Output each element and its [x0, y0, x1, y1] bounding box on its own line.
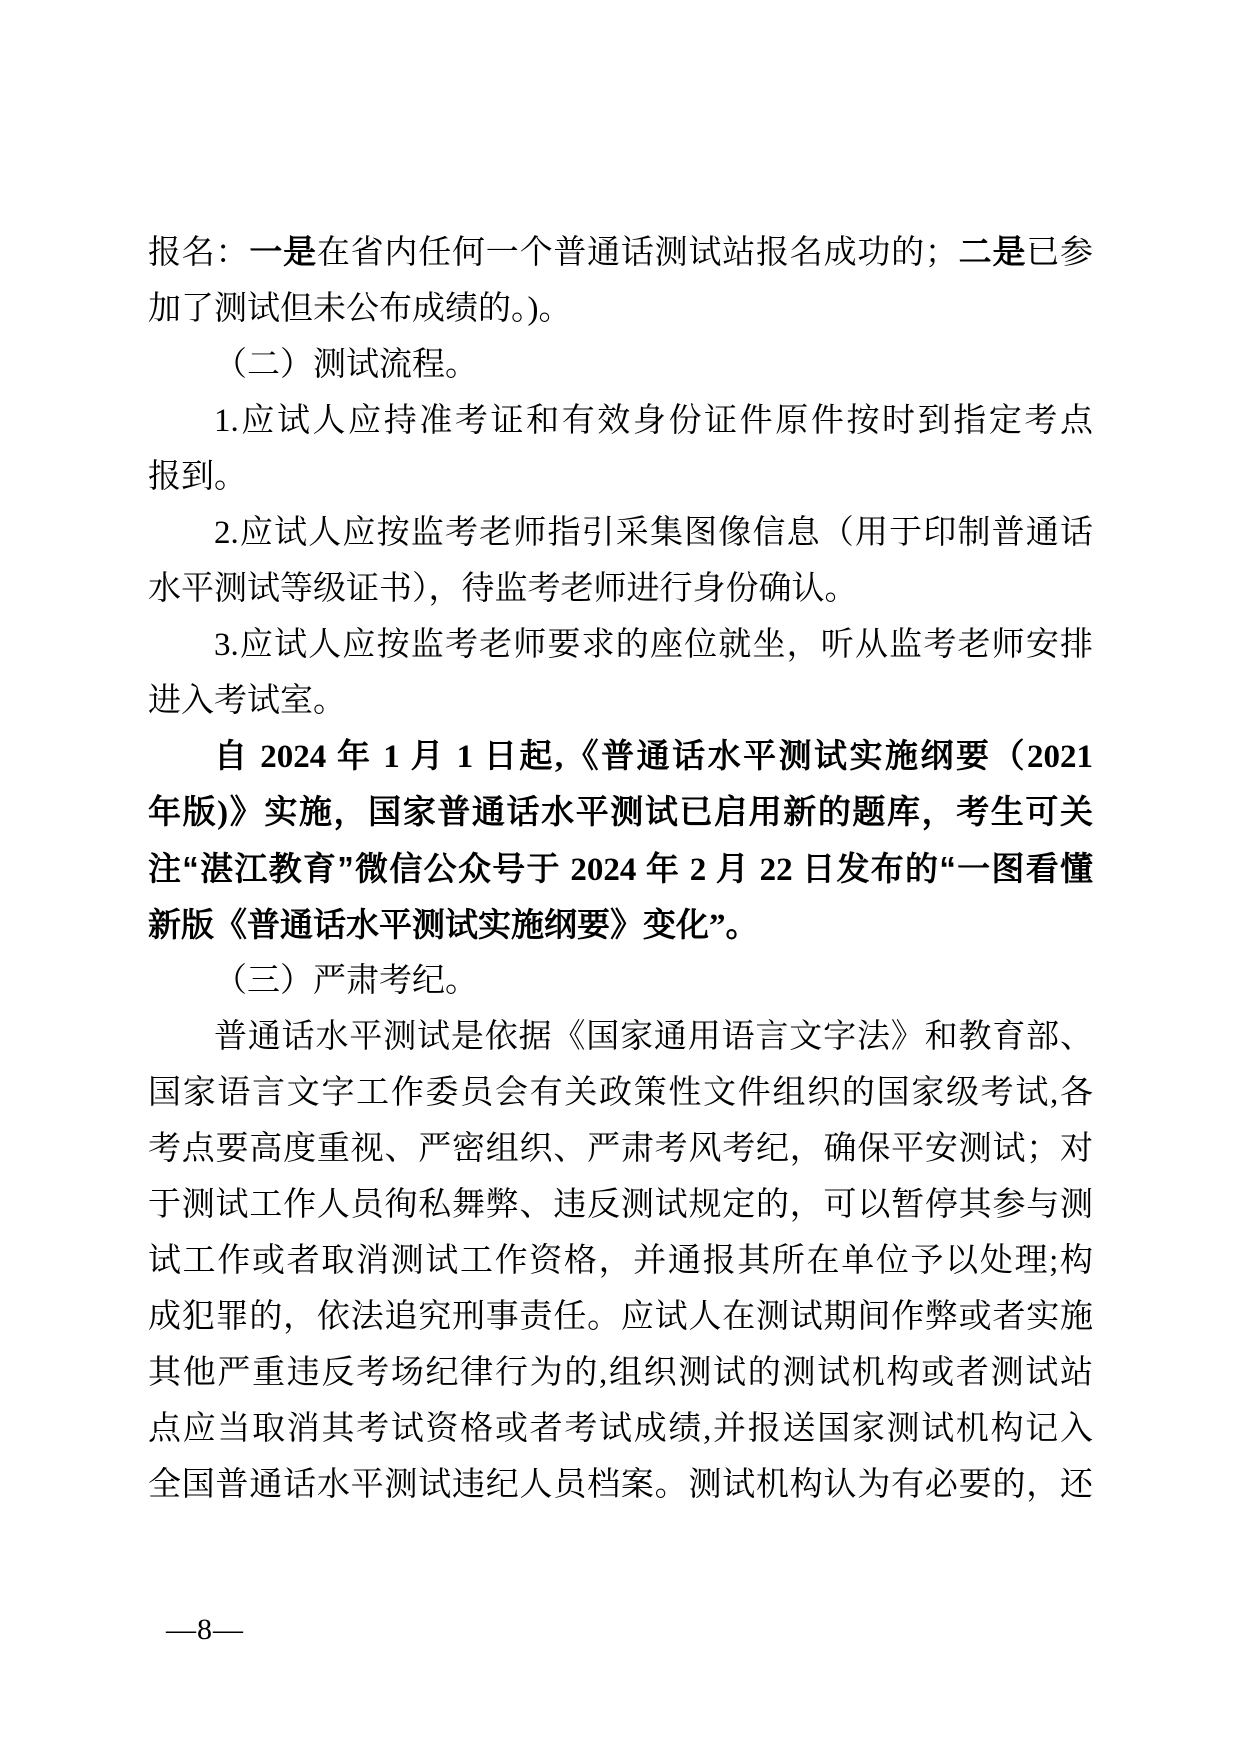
text-line: 1.应试人应持准考证和有效身份证件原件按时到指定考点	[148, 393, 1093, 449]
text-line: 加了测试但未公布成绩的。)。	[148, 281, 1093, 337]
text-run: 报名：	[148, 235, 249, 271]
text-run: 点应当取消其考试资格或者考试成绩,并报送国家测试机构记入	[148, 1411, 1093, 1447]
text-run: 3.应试人应按监考老师要求的座位就坐，听从监考老师安排	[214, 627, 1093, 663]
text-run: （二）测试流程。	[214, 347, 478, 383]
text-run: 试工作或者取消测试工作资格，并通报其所在单位予以处理;构	[148, 1243, 1093, 1279]
text-run: 一是	[249, 235, 317, 271]
text-run: “湛江教育”	[182, 850, 353, 887]
text-run: 二是	[958, 235, 1026, 271]
text-line: 考点要高度重视、严密组织、严肃考风考纪，确保平安测试；对	[148, 1121, 1093, 1177]
text-run: 报到。	[148, 459, 247, 495]
text-line: 试工作或者取消测试工作资格，并通报其所在单位予以处理;构	[148, 1233, 1093, 1289]
text-line: 新版《普通话水平测试实施纲要》变化”。	[148, 897, 1093, 953]
page-number: —8—	[166, 1612, 244, 1648]
text-run: 加了测试但未公布成绩的。)。	[148, 291, 572, 327]
text-run: 自 2024 年 1 月 1 日起,《普通话水平测试实施纲要（2021	[214, 739, 1093, 775]
text-line: （三）严肃考纪。	[148, 953, 1093, 1009]
text-line: （二）测试流程。	[148, 337, 1093, 393]
text-run: ”。	[709, 908, 759, 944]
text-run: 普通话水平测试是依据《国家通用语言文字法》和教育部、	[214, 1019, 1093, 1055]
text-run: 在省内任何一个普通话测试站报名成功的；	[317, 235, 958, 271]
text-run: 新版《普通话水平测试实施纲要》变化	[148, 906, 709, 943]
text-run: 1.应试人应持准考证和有效身份证件原件按时到指定考点	[214, 403, 1093, 439]
text-run: “一图看懂	[939, 850, 1093, 887]
document-body: 报名：一是在省内任何一个普通话测试站报名成功的；二是已参加了测试但未公布成绩的。…	[148, 225, 1093, 1513]
text-run: 微信公众号于 2024 年 2 月 22 日发布的	[354, 852, 940, 888]
text-line: 点应当取消其考试资格或者考试成绩,并报送国家测试机构记入	[148, 1401, 1093, 1457]
text-line: 其他严重违反考场纪律行为的,组织测试的测试机构或者测试站	[148, 1345, 1093, 1401]
text-line: 报到。	[148, 449, 1093, 505]
document-page: 报名：一是在省内任何一个普通话测试站报名成功的；二是已参加了测试但未公布成绩的。…	[0, 0, 1240, 1754]
text-run: 全国普通话水平测试违纪人员档案。测试机构认为有必要的，还	[148, 1467, 1093, 1503]
text-line: 全国普通话水平测试违纪人员档案。测试机构认为有必要的，还	[148, 1457, 1093, 1513]
text-line: 成犯罪的，依法追究刑事责任。应试人在测试期间作弊或者实施	[148, 1289, 1093, 1345]
text-run: 已参	[1026, 235, 1093, 271]
text-line: 报名：一是在省内任何一个普通话测试站报名成功的；二是已参	[148, 225, 1093, 281]
text-run: 2.应试人应按监考老师指引采集图像信息（用于印制普通话	[214, 515, 1093, 551]
text-line: 进入考试室。	[148, 673, 1093, 729]
text-run: 进入考试室。	[148, 683, 346, 719]
text-run: 水平测试等级证书），待监考老师进行身份确认。	[148, 571, 858, 607]
text-run: 其他严重违反考场纪律行为的,组织测试的测试机构或者测试站	[148, 1355, 1093, 1391]
text-run: （三）严肃考纪。	[214, 963, 478, 999]
text-run: 注	[148, 852, 182, 888]
text-line: 于测试工作人员徇私舞弊、违反测试规定的，可以暂停其参与测	[148, 1177, 1093, 1233]
text-line: 自 2024 年 1 月 1 日起,《普通话水平测试实施纲要（2021	[148, 729, 1093, 785]
text-line: 注“湛江教育”微信公众号于 2024 年 2 月 22 日发布的“一图看懂	[148, 841, 1093, 897]
text-run: 成犯罪的，依法追究刑事责任。应试人在测试期间作弊或者实施	[148, 1299, 1093, 1335]
text-line: 年版)》实施，国家普通话水平测试已启用新的题库，考生可关	[148, 785, 1093, 841]
text-run: 国家语言文字工作委员会有关政策性文件组织的国家级考试,各	[148, 1075, 1093, 1111]
text-run: 年版)》实施，国家普通话水平测试已启用新的题库，考生可关	[148, 795, 1093, 831]
text-line: 国家语言文字工作委员会有关政策性文件组织的国家级考试,各	[148, 1065, 1093, 1121]
text-line: 2.应试人应按监考老师指引采集图像信息（用于印制普通话	[148, 505, 1093, 561]
text-run: 考点要高度重视、严密组织、严肃考风考纪，确保平安测试；对	[148, 1131, 1093, 1167]
text-line: 水平测试等级证书），待监考老师进行身份确认。	[148, 561, 1093, 617]
text-line: 3.应试人应按监考老师要求的座位就坐，听从监考老师安排	[148, 617, 1093, 673]
text-run: 于测试工作人员徇私舞弊、违反测试规定的，可以暂停其参与测	[148, 1187, 1093, 1223]
text-line: 普通话水平测试是依据《国家通用语言文字法》和教育部、	[148, 1009, 1093, 1065]
